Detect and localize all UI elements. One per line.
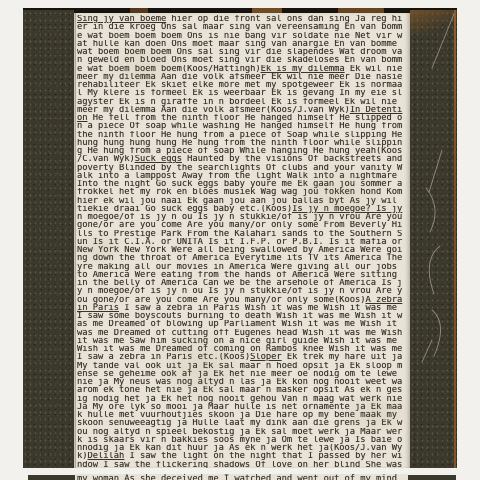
text-line: as me Dreamed of blowing up Parliament W… [77,320,410,328]
scanned-page: Sing jy van boeme hier op die front sal … [74,13,410,468]
text-line: on He fell from the ninth floor He hange… [77,114,410,122]
text-line: Sing jy van boeme hier op die front sal … [77,15,410,23]
text-line: New York New York Were all being swallow… [77,246,410,254]
text-line: meer my dilemma Aan die volk afsmeer Ek … [77,73,410,81]
text-line: nie ja My neus was nog altyd n las ja Ek… [77,378,410,386]
text-line: er in die kroeg Ons sal maar sing van ve… [77,23,410,31]
text-line: I saw some boyscouts burning to death Wi… [77,312,410,320]
text-line: was me Dreamed of cutting off Eugenes he… [77,329,410,337]
text-line: agyster Ek is n giraffe in n bordeel Ek … [77,98,410,106]
right-binding-strip [410,10,457,468]
text-line: Into the night Go suck eggs baby youre m… [77,180,410,188]
text-line: wat boem boem boem Ons sal sing vir die … [77,48,410,56]
cutoff-text-line: my woman As she deceived me I watched an… [75,474,408,480]
bottom-right-strip-fragment [408,475,456,480]
text-line: ng down the throat of America Everytime … [77,254,410,262]
text-line: meer my dilemma Aan die volk afsmeer(Koo… [77,106,410,114]
text-line: it was me Saw him sucking on a nice girl… [77,337,410,345]
text-line: n a piece Of soap while washing He hange… [77,122,410,130]
text-line: k is skaars vir n bakkies soos myne ja O… [77,436,410,444]
page-text: Sing jy van boeme hier op die front sal … [74,13,410,468]
text-line: /C.van Wyk)Suck eggs Haunted by the visi… [77,155,410,163]
text-line: hung hung hung hung He hung from the nin… [77,139,410,147]
text-line: lls to Prestige Park From the Kalahari s… [77,230,410,238]
text-line: Ja My ore lyk so mooi ja Maar hulle is n… [77,403,410,411]
text-line: ou gone/or are you come Are you many/or … [77,296,410,304]
text-line: at hulle kan doen Ons moet maar sing van… [77,40,410,48]
text-line: arom ek tone het nie ja Ek sal maar n ma… [77,386,410,394]
text-line: to America Were eating from the hands of… [77,271,410,279]
text-line: poverty Blinded by the searchlights Of c… [77,164,410,172]
text-line: in Paris I saw a zebra in Paris Wish it … [77,304,410,312]
text-line: nnodig ja Ek kan dit huur ja As ek n wer… [77,444,410,452]
text-line: g He hung from a piece of soap While han… [77,147,410,155]
text-line: n geweld en bloed Ons moet sing vir die … [77,56,410,64]
binding-edge-line [454,10,456,468]
text-line: tiekie draai Go suck eggs baby etc.(Koos… [77,205,410,213]
text-line: e wat boem boem boem(Koos/Hattingh)Ek is… [77,65,410,73]
text-line: e wat boem boem boem Ons is nie bang vir… [77,32,410,40]
scorch-stain [410,10,457,34]
text-line: the ninth floor He hung from a piece of … [77,131,410,139]
text-line: ig nodig het ja Ek het nog nooit gehou V… [77,395,410,403]
text-line: un Is it C.I.A. or UNITA Is it I.F.P. or… [77,238,410,246]
text-line: My tande val ook uit ja Ek sal maar n ho… [77,362,410,370]
text-line: I saw a zebra in Paris etc.(Koos)Sloper … [77,353,410,361]
text-line: ndow I saw the flickering shadows Of lov… [77,461,410,469]
text-line: frokkel het my rok en bloes musiek Wag w… [77,188,410,196]
text-line: gone/or are you come Are you many/or onl… [77,221,410,229]
bottom-left-strip-fragment [28,475,75,480]
text-line: ou nog altyd n spieël bekostig ja Ek sal… [77,428,410,436]
text-line: Wish it was me Dreamed of coming on Ramb… [77,345,410,353]
text-line: ense se geheime ook af ja Ek het nie mee… [77,370,410,378]
scanned-photo: Sing jy van boeme hier op die front sal … [0,0,480,480]
text-line: k)Delilah I saw the light on the night t… [77,452,410,460]
text-line: y n moegoe/of is jy n ou Is jy n stukkie… [77,287,410,295]
text-line: yre making all our movies in America Wer… [77,263,410,271]
bottom-page-fragment: my woman As she deceived me I watched an… [75,474,408,480]
text-line: l My klere is formeel Ek is weerbaar Ek … [77,89,410,97]
text-line: in the belly of America Can we be the ar… [77,279,410,287]
text-line: skoon senuweeagtig ja Hulle laat my dink… [77,419,410,427]
text-line: hier ek wil jou naai Ek gaan jou aan jou… [77,197,410,205]
text-line: rehabiliteer Ek skiet elke môre met my s… [77,81,410,89]
text-line: k hulle met vuurhoutjies skoon ja Die ha… [77,411,410,419]
text-line: n moegoe/of is jy n ou Is jy n stukkie/o… [77,213,410,221]
text-line: alk into a lamppost Away from the light … [77,172,410,180]
left-binding-strip [23,10,74,468]
